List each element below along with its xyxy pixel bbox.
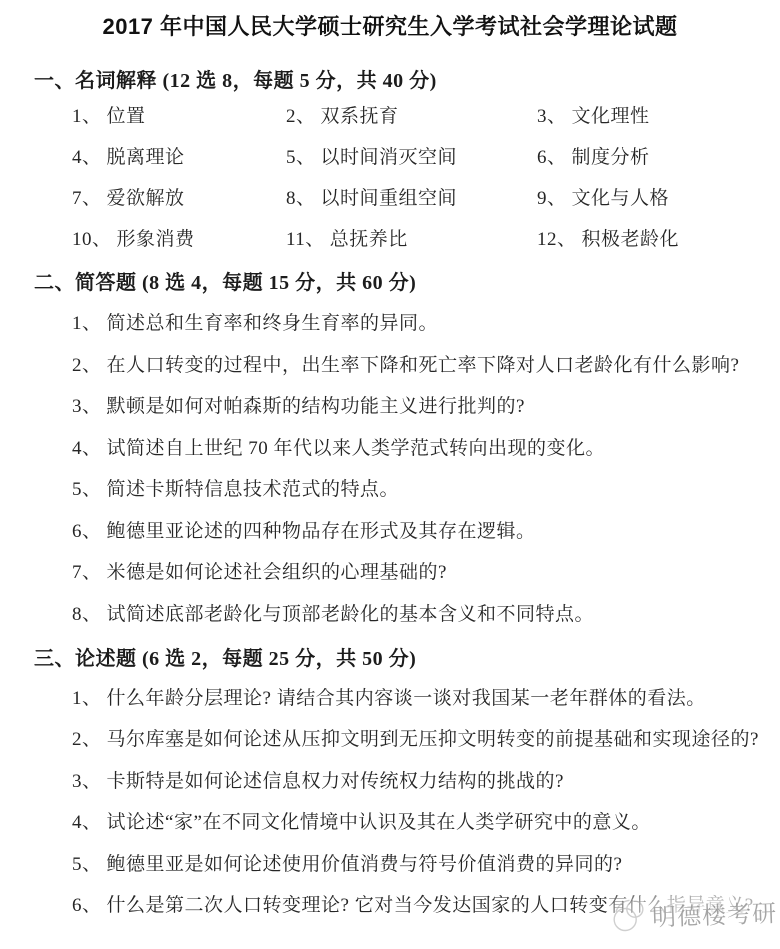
term-item: 2、双系抚育	[286, 94, 537, 135]
term-number: 8、	[286, 183, 316, 210]
exam-paper-page: 2017 年中国人民大学硕士研究生入学考试社会学理论试题 一、名词解释 (12 …	[0, 0, 780, 949]
term-label: 形象消费	[117, 224, 195, 251]
question-number: 6、	[72, 521, 102, 542]
question-text: 什么年龄分层理论? 请结合其内容谈一谈对我国某一老年群体的看法。	[107, 688, 706, 709]
term-label: 文化与人格	[572, 183, 670, 210]
term-item: 4、脱离理论	[72, 135, 286, 176]
term-item: 6、制度分析	[537, 135, 760, 176]
term-item: 11、总抚养比	[286, 217, 537, 258]
question-text: 在人口转变的过程中，出生率下降和死亡率下降对人口老龄化有什么影响?	[107, 355, 740, 376]
terms-grid: 1、位置 2、双系抚育 3、文化理性 4、脱离理论 5、以时间消灭空间 6、制度…	[72, 94, 760, 258]
question-text: 简述卡斯特信息技术范式的特点。	[107, 479, 400, 500]
term-number: 1、	[72, 101, 102, 128]
term-label: 积极老龄化	[582, 224, 680, 251]
question-item: 3、卡斯特是如何论述信息权力对传统权力结构的挑战的?	[72, 771, 764, 793]
question-text: 简述总和生育率和终身生育率的异同。	[107, 313, 439, 334]
question-text: 卡斯特是如何论述信息权力对传统权力结构的挑战的?	[107, 771, 564, 792]
question-number: 8、	[72, 604, 102, 625]
term-label: 总抚养比	[330, 224, 408, 251]
term-number: 3、	[537, 101, 567, 128]
question-number: 5、	[72, 479, 102, 500]
question-number: 2、	[72, 729, 102, 750]
question-text: 米德是如何论述社会组织的心理基础的?	[107, 562, 447, 583]
term-number: 6、	[537, 142, 567, 169]
question-number: 6、	[72, 895, 102, 916]
term-label: 文化理性	[572, 101, 650, 128]
page-title: 2017 年中国人民大学硕士研究生入学考试社会学理论试题	[0, 0, 780, 41]
term-item: 9、文化与人格	[537, 176, 760, 217]
question-text: 试论述“家”在不同文化情境中认识及其在人类学研究中的意义。	[107, 812, 651, 833]
term-item: 5、以时间消灭空间	[286, 135, 537, 176]
question-text: 默顿是如何对帕森斯的结构功能主义进行批判的?	[107, 396, 525, 417]
question-item: 2、马尔库塞是如何论述从压抑文明到无压抑文明转变的前提基础和实现途径的?	[72, 729, 764, 751]
term-number: 5、	[286, 142, 316, 169]
question-number: 7、	[72, 562, 102, 583]
question-item: 6、什么是第二次人口转变理论? 它对当今发达国家的人口转变有什么指导意义?	[72, 895, 764, 917]
term-label: 爱欲解放	[107, 183, 185, 210]
question-item: 5、鲍德里亚是如何论述使用价值消费与符号价值消费的异同的?	[72, 854, 764, 876]
term-number: 7、	[72, 183, 102, 210]
question-list: 1、简述总和生育率和终身生育率的异同。 2、在人口转变的过程中，出生率下降和死亡…	[72, 313, 764, 626]
exam-section: 二、简答题 (8 选 4，每题 15 分，共 60 分) 1、简述总和生育率和终…	[0, 270, 780, 626]
exam-section: 一、名词解释 (12 选 8，每题 5 分，共 40 分) 1、位置 2、双系抚…	[0, 68, 780, 258]
question-item: 8、试简述底部老龄化与顶部老龄化的基本含义和不同特点。	[72, 604, 764, 626]
term-item: 7、爱欲解放	[72, 176, 286, 217]
term-label: 脱离理论	[107, 142, 185, 169]
term-number: 2、	[286, 101, 316, 128]
question-number: 1、	[72, 688, 102, 709]
term-item: 12、积极老龄化	[537, 217, 760, 258]
term-number: 9、	[537, 183, 567, 210]
term-label: 位置	[107, 101, 146, 128]
question-number: 1、	[72, 313, 102, 334]
term-item: 10、形象消费	[72, 217, 286, 258]
question-item: 7、米德是如何论述社会组织的心理基础的?	[72, 562, 764, 584]
term-label: 以时间消灭空间	[321, 142, 458, 169]
question-item: 4、试论述“家”在不同文化情境中认识及其在人类学研究中的意义。	[72, 812, 764, 834]
sections-container: 一、名词解释 (12 选 8，每题 5 分，共 40 分) 1、位置 2、双系抚…	[0, 68, 780, 917]
question-text: 鲍德里亚是如何论述使用价值消费与符号价值消费的异同的?	[107, 854, 623, 875]
question-item: 3、默顿是如何对帕森斯的结构功能主义进行批判的?	[72, 396, 764, 418]
question-item: 6、鲍德里亚论述的四种物品存在形式及其存在逻辑。	[72, 521, 764, 543]
question-number: 2、	[72, 355, 102, 376]
term-number: 12、	[537, 224, 577, 251]
term-label: 双系抚育	[321, 101, 399, 128]
question-number: 4、	[72, 812, 102, 833]
term-number: 10、	[72, 224, 112, 251]
exam-section: 三、论述题 (6 选 2，每题 25 分，共 50 分) 1、什么年龄分层理论?…	[0, 646, 780, 918]
term-item: 3、文化理性	[537, 94, 760, 135]
question-text: 什么是第二次人口转变理论? 它对当今发达国家的人口转变有什么指导意义?	[107, 895, 754, 916]
section-heading: 二、简答题 (8 选 4，每题 15 分，共 60 分)	[34, 270, 780, 296]
question-number: 3、	[72, 396, 102, 417]
question-item: 4、试简述自上世纪 70 年代以来人类学范式转向出现的变化。	[72, 438, 764, 460]
term-number: 11、	[286, 224, 325, 251]
question-item: 1、什么年龄分层理论? 请结合其内容谈一谈对我国某一老年群体的看法。	[72, 688, 764, 710]
question-item: 1、简述总和生育率和终身生育率的异同。	[72, 313, 764, 335]
term-label: 制度分析	[572, 142, 650, 169]
question-item: 2、在人口转变的过程中，出生率下降和死亡率下降对人口老龄化有什么影响?	[72, 355, 764, 377]
term-number: 4、	[72, 142, 102, 169]
question-number: 5、	[72, 854, 102, 875]
section-heading: 三、论述题 (6 选 2，每题 25 分，共 50 分)	[34, 646, 780, 672]
question-number: 4、	[72, 438, 102, 459]
question-text: 试简述自上世纪 70 年代以来人类学范式转向出现的变化。	[107, 438, 606, 459]
question-text: 鲍德里亚论述的四种物品存在形式及其存在逻辑。	[107, 521, 536, 542]
question-text: 试简述底部老龄化与顶部老龄化的基本含义和不同特点。	[107, 604, 595, 625]
term-label: 以时间重组空间	[321, 183, 458, 210]
question-number: 3、	[72, 771, 102, 792]
term-item: 1、位置	[72, 94, 286, 135]
section-heading: 一、名词解释 (12 选 8，每题 5 分，共 40 分)	[34, 68, 780, 94]
question-item: 5、简述卡斯特信息技术范式的特点。	[72, 479, 764, 501]
question-text: 马尔库塞是如何论述从压抑文明到无压抑文明转变的前提基础和实现途径的?	[107, 729, 759, 750]
question-list: 1、什么年龄分层理论? 请结合其内容谈一谈对我国某一老年群体的看法。 2、马尔库…	[72, 688, 764, 918]
term-item: 8、以时间重组空间	[286, 176, 537, 217]
